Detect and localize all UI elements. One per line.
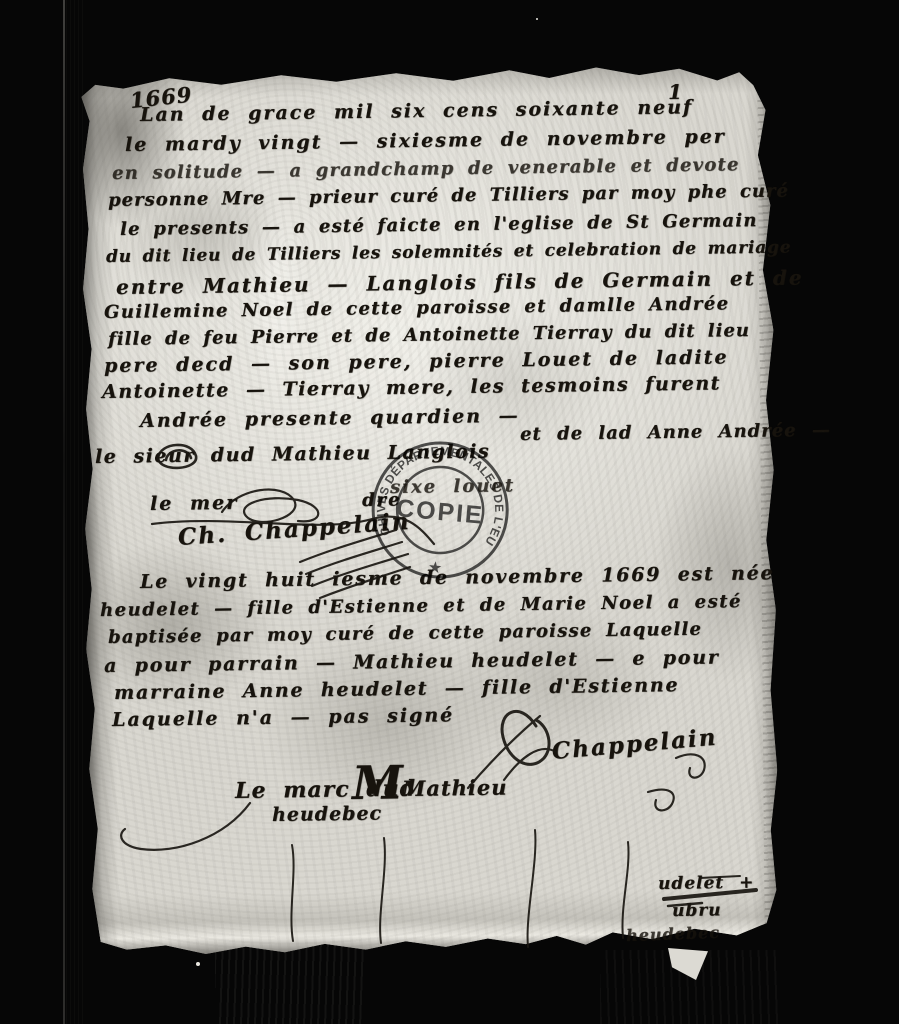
margin-mark: udelet + — [658, 873, 755, 894]
archival-scan: 1669 1 Lan de grace mil six cens soixant… — [0, 0, 899, 1024]
margin-mark: ubru — [672, 900, 722, 921]
stamp-center-text: COPIE — [395, 494, 485, 530]
stamp-star-icon: ★ — [427, 559, 443, 577]
dust-speck — [196, 962, 200, 966]
dust-speck — [536, 18, 538, 20]
marc-surname: heudebec — [272, 802, 382, 826]
margin-mark: heudebec — [626, 923, 721, 945]
spine-texture — [66, 0, 86, 1024]
stamp-overlap-handwriting: sixe louet — [390, 475, 515, 498]
copie-stamp: ARCHIVES DÉPARTEMENTALES DE L'EURE COPIE… — [353, 423, 527, 600]
le-mer-note: le mer — [150, 492, 238, 515]
binding-edge-line — [63, 0, 65, 1024]
handwritten-line: et de lad Anne Andrée — — [520, 420, 831, 445]
marc-name: Mathieu — [402, 775, 508, 801]
